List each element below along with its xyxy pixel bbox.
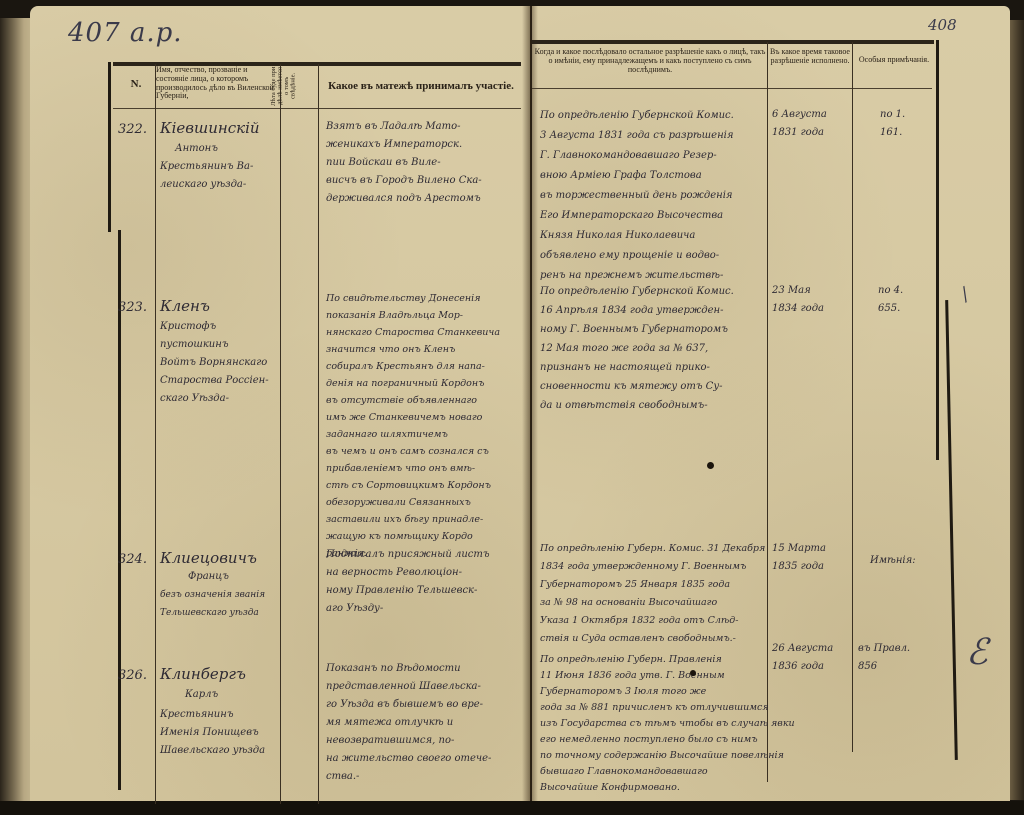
entry-resolution: По опредѣленiю Губернской Комис. 16 Апрѣ…	[540, 282, 734, 415]
header-resolution: Когда и какое послѣдовало остальное разр…	[534, 48, 766, 74]
entry-resolution: По опредѣленiю Губерн. Правленiя 11 Июня…	[540, 652, 795, 796]
paper-hole	[707, 462, 714, 469]
header-bottom-rule-left	[113, 108, 521, 109]
entry-status: Крестьянинъ Именiя Понищевъ Шавельскаго …	[160, 706, 265, 760]
paper-hole	[690, 670, 696, 676]
rule-after-number	[155, 64, 156, 804]
entry-participation: Взятъ въ Ладалѣ Мато- женикахъ Император…	[326, 118, 482, 208]
bottom-shadow	[0, 801, 1024, 815]
entry-participation: Показанъ по Вѣдомости представленной Шав…	[326, 660, 491, 786]
entry-executed-date: 23 Мая 1834 года	[772, 282, 824, 318]
entry-given-name: Францъ	[188, 568, 229, 586]
entry-participation: Подписалъ присяжный листъ на верность Ре…	[326, 546, 490, 618]
header-notes: Особыя примѣчанiя.	[855, 56, 933, 65]
header-bottom-rule-right	[532, 88, 932, 89]
rule-after-age	[318, 64, 319, 804]
entry-resolution: По опредѣленiю Губернской Комис. 3 Авгус…	[540, 106, 734, 286]
header-top-rule-right	[532, 40, 934, 44]
entry-notes: по 4. 655.	[878, 282, 903, 318]
left-border-rule	[108, 62, 111, 232]
rule-after-executed	[852, 42, 853, 752]
entry-surname: Клиецовичъ	[160, 548, 257, 568]
entry-given-name: Антонъ	[175, 140, 218, 158]
header-age: Лѣта буде при дѣлѣ имѣется о томъ свѣдѣн…	[271, 66, 297, 106]
entry-notes: по 1. 161.	[880, 106, 905, 142]
entry-participation: По свидѣтельству Донесенiя показанiя Вла…	[326, 290, 500, 562]
header-participation: Какое въ матежѣ принималъ участiе.	[322, 80, 520, 92]
folio-number-right: 408	[928, 16, 957, 34]
entry-status: Крестьянинъ Ва- леискаго уѣзда-	[160, 158, 253, 194]
entry-executed-date: 6 Августа 1831 года	[772, 106, 827, 142]
entry-surname: Клинбергъ	[160, 664, 246, 684]
book-gutter	[522, 6, 538, 806]
entry-number: 324.	[118, 550, 147, 569]
entry-notes: Имѣнiя:	[870, 552, 916, 570]
header-executed: Въ какое время таковое разрѣшенiе исполн…	[769, 48, 851, 66]
entry-number: 326.	[118, 666, 147, 685]
rule-after-name	[280, 64, 281, 804]
header-number: N.	[118, 78, 154, 90]
right-border-rule	[936, 40, 939, 460]
entry-executed-date: 26 Августа 1836 года	[772, 640, 833, 676]
entry-given-name: Карлъ	[185, 686, 218, 704]
entry-number: 322.	[118, 120, 147, 139]
right-page-edge	[1010, 20, 1024, 800]
folio-number-left: 407 a.p.	[68, 18, 183, 48]
entry-number: 323.	[118, 298, 147, 317]
entry-notes: въ Правл. 856	[858, 640, 910, 676]
entry-status: безъ означенiя званiя Тельшевскаго уѣзда	[160, 586, 265, 622]
entry-surname: Кiевшинскiй	[160, 118, 260, 138]
entry-status: Кристофъ пустошкинъ Войтъ Ворнянскаго Ст…	[160, 318, 269, 408]
entry-surname: Кленъ	[160, 296, 210, 316]
entry-executed-date: 15 Марта 1835 года	[772, 540, 826, 576]
entry-resolution: По опредѣленiю Губерн. Комис. 31 Декабря…	[540, 540, 765, 648]
margin-flourish-mark: ℰ	[966, 632, 988, 673]
header-name: Имя, отчество, прозванiе и состоянiе лиц…	[156, 66, 278, 101]
